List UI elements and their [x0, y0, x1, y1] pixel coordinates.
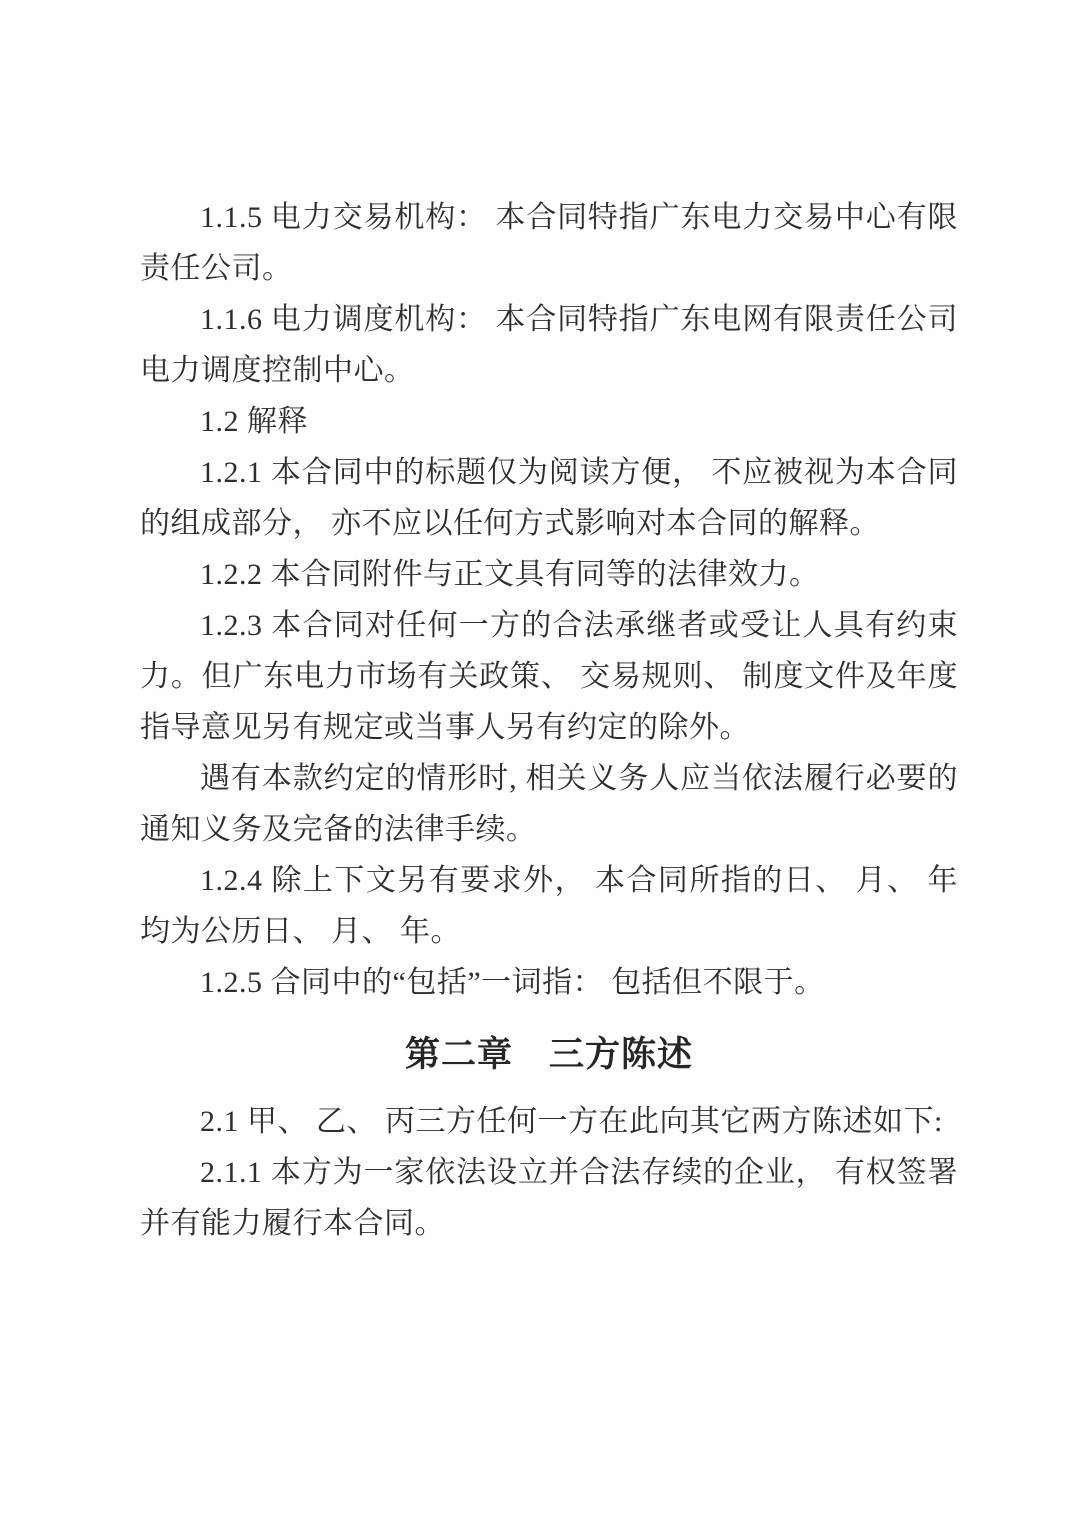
document-page: 1.1.5 电力交易机构： 本合同特指广东电力交易中心有限责任公司。 1.1.6… [0, 0, 1080, 1528]
clause-2-1-1: 2.1.1 本方为一家依法设立并合法存续的企业， 有权签署并有能力履行本合同。 [140, 1147, 958, 1249]
clause-1-2-3: 1.2.3 本合同对任何一方的合法承继者或受让人具有约束力。但广东电力市场有关政… [140, 600, 958, 753]
clause-1-2-3-continued: 遇有本款约定的情形时, 相关义务人应当依法履行必要的通知义务及完备的法律手续。 [140, 753, 958, 855]
clause-1-1-6: 1.1.6 电力调度机构： 本合同特指广东电网有限责任公司电力调度控制中心。 [140, 294, 958, 396]
clause-1-2-4: 1.2.4 除上下文另有要求外， 本合同所指的日、 月、 年均为公历日、 月、 … [140, 855, 958, 957]
clause-1-1-5: 1.1.5 电力交易机构： 本合同特指广东电力交易中心有限责任公司。 [140, 192, 958, 294]
clause-1-2-5: 1.2.5 合同中的“包括”一词指： 包括但不限于。 [140, 957, 958, 1008]
clause-1-2: 1.2 解释 [140, 396, 958, 447]
clause-2-1: 2.1 甲、 乙、 丙三方任何一方在此向其它两方陈述如下: [140, 1096, 958, 1147]
contract-text-block: 1.1.5 电力交易机构： 本合同特指广东电力交易中心有限责任公司。 1.1.6… [140, 192, 958, 1249]
clause-1-2-1: 1.2.1 本合同中的标题仅为阅读方便， 不应被视为本合同的组成部分， 亦不应以… [140, 447, 958, 549]
clause-1-2-2: 1.2.2 本合同附件与正文具有同等的法律效力。 [140, 549, 958, 600]
chapter-2-heading: 第二章 三方陈述 [140, 1029, 958, 1080]
